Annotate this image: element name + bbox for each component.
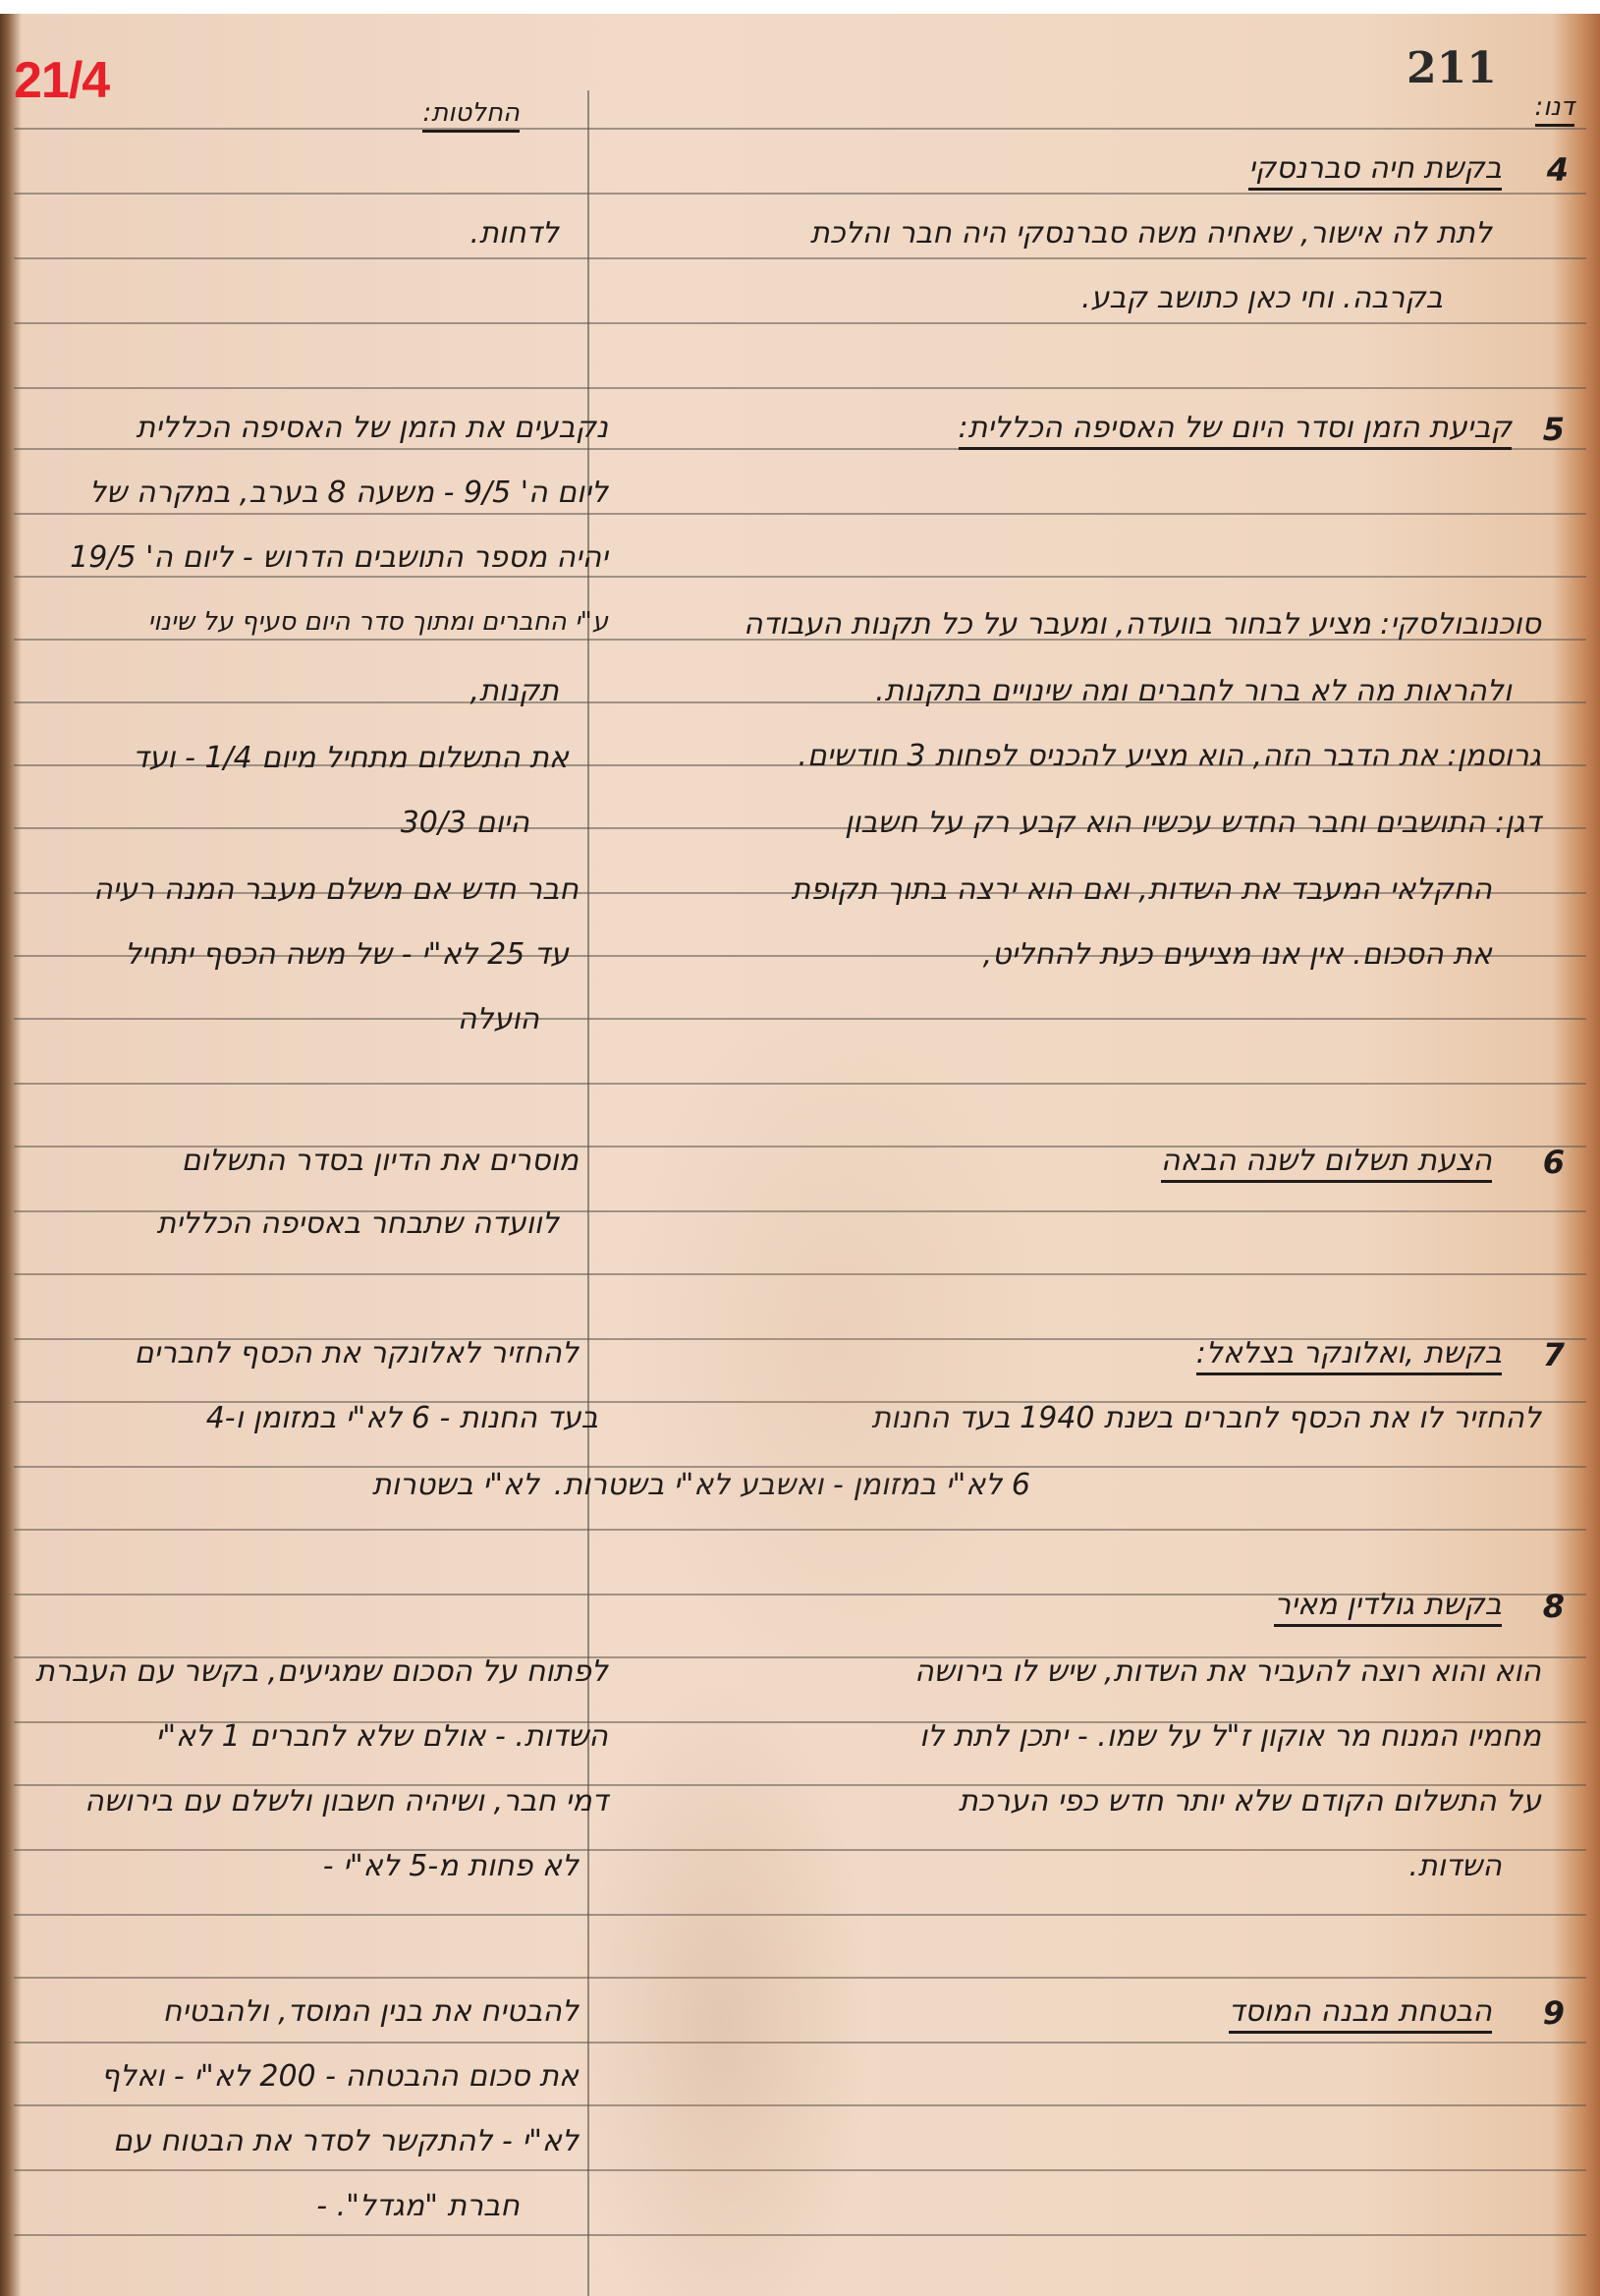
decision-line: ע"י החברים ומתוך סדר היום סעיף על שינוי xyxy=(147,607,608,637)
decision-line: היום 30/3 xyxy=(401,806,529,840)
item-body-line: דגן: התושבים וחבר החדש עכשיו הוא קבע רק … xyxy=(845,806,1541,840)
decision-line: לא פחות מ-5 לא"י - xyxy=(323,1849,579,1883)
item-number: 6 xyxy=(1543,1144,1565,1181)
item-number: 8 xyxy=(1543,1588,1565,1625)
notebook-page: 211 החלטות: דנו: 4 בקשת חיה סברנסקי לתת … xyxy=(0,14,1600,2296)
decision-line: לוועדה שתבחר באסיפה הכללית xyxy=(156,1206,559,1241)
item-body-line: גרוסמן: את הדבר הזה, הוא מציע להכניס לפח… xyxy=(798,739,1541,773)
decision-line: להחזיר לאלונקר את הכסף לחברים xyxy=(135,1336,579,1371)
item-body-line: ולהראות מה לא ברור לחברים ומה שינויים בת… xyxy=(875,674,1512,708)
date-stamp-label: 21/4 xyxy=(14,51,109,110)
ruled-line xyxy=(14,1977,1586,1979)
decision-line: מוסרים את הדיון בסדר התשלום xyxy=(182,1144,579,1178)
ruled-line xyxy=(14,1529,1586,1531)
item-number: 7 xyxy=(1543,1336,1565,1373)
ruled-line xyxy=(14,576,1586,578)
decision-line: את סכום ההבטחה - 200 לא"י - ואלף xyxy=(101,2059,579,2094)
ruled-line xyxy=(14,1083,1586,1085)
item-title: הבטחת מבנה המוסד xyxy=(1229,1994,1492,2034)
ruled-line xyxy=(14,1849,1586,1851)
item-title: בקשת חיה סברנסקי xyxy=(1248,151,1502,191)
decisions-header: החלטות: xyxy=(422,98,520,133)
item-body-line: לתת לה אישור, שאחיה משה סברנסקי היה חבר … xyxy=(810,216,1492,251)
ruled-line xyxy=(14,257,1586,259)
ruled-line xyxy=(14,2104,1586,2106)
decision-line: בעד החנות - 6 לא"י במזומן ו-4 xyxy=(206,1401,598,1435)
item-title: קביעת הזמן וסדר היום של האסיפה הכללית: xyxy=(959,411,1513,450)
ruled-line xyxy=(14,2169,1586,2171)
item-body-line: את הסכום. אין אנו מציעים כעת להחליט, xyxy=(983,937,1492,972)
decision-line: דמי חבר, ושיהיה חשבון ולשלם עם בירושה xyxy=(84,1784,608,1819)
decision-line: תקנות, xyxy=(470,674,559,708)
item-number: 4 xyxy=(1547,151,1569,189)
item-title: בקשת ,ואלונקר בצלאל: xyxy=(1196,1336,1502,1375)
item-number: 5 xyxy=(1543,411,1565,448)
discussed-header: דנו: xyxy=(1535,92,1574,127)
decision-line: לדחות. xyxy=(470,216,559,251)
item-body-line: סוכנובולסקי: מציע לבחור בוועדה, ומעבר על… xyxy=(744,607,1541,642)
ruled-line xyxy=(14,128,1586,130)
ruled-line xyxy=(14,2042,1586,2044)
ruled-line xyxy=(14,1273,1586,1275)
decision-line: יהיה מספר התושבים הדרוש - ליום ה' 19/5 xyxy=(70,540,608,575)
decision-line: עד 25 לא"י - של משה הכסף יתחיל xyxy=(125,937,569,972)
item-body-line: החקלאי המעבד את השדות, ואם הוא ירצה בתוך… xyxy=(792,872,1492,907)
decision-line: הועלה xyxy=(458,1002,539,1036)
ruled-line xyxy=(14,1914,1586,1916)
item-body-line: הוא והוא רוצה להעביר את השדות, שיש לו בי… xyxy=(914,1654,1541,1689)
decision-line: להבטיח את בנין המוסד, ולהבטיח xyxy=(163,1994,579,2029)
item-body-line: השדות. xyxy=(1408,1849,1502,1883)
decision-line: לא"י בשטרות xyxy=(372,1468,539,1502)
ruled-line xyxy=(14,513,1586,515)
decision-line: ליום ה' 9/5 - משעה 8 בערב, במקרה של xyxy=(89,476,608,510)
item-title: הצעת תשלום לשנה הבאה xyxy=(1161,1144,1492,1183)
item-number: 9 xyxy=(1543,1994,1565,2032)
item-body-line: על התשלום הקודם שלא יותר חדש כפי הערכת xyxy=(959,1784,1541,1819)
ruled-line xyxy=(14,322,1586,324)
decision-line: נקבעים את הזמן של האסיפה הכללית xyxy=(137,411,608,445)
decision-line: לא"י - להתקשר לסדר את הבטוח עם xyxy=(113,2124,579,2158)
item-body-line: 6 לא"י במזומן - ואשבע לא"י בשטרות. xyxy=(554,1468,1030,1502)
item-body-line: להחזיר לו את הכסף לחברים בשנת 1940 בעד ה… xyxy=(871,1401,1541,1435)
ruled-line xyxy=(14,1018,1586,1020)
decision-line: חברת "מגדל". - xyxy=(316,2189,520,2223)
item-title: בקשת גולדין מאיר xyxy=(1274,1588,1502,1627)
decision-line: חבר חדש אם משלם מעבר המנה רעיה xyxy=(93,872,579,907)
decision-line: את התשלום מתחיל מיום 1/4 - ועד xyxy=(133,741,569,775)
ruled-line xyxy=(14,193,1586,195)
ruled-line xyxy=(14,387,1586,389)
item-body-line: בקרבה. וחי כאן כתושב קבע. xyxy=(1081,281,1443,315)
decision-line: לפתוח על הסכום שמגיעים, בקשר עם העברת xyxy=(35,1654,608,1689)
ruled-line xyxy=(14,2234,1586,2236)
item-body-line: מחמיו המנוח מר אוקון ז"ל על שמו. - יתכן … xyxy=(919,1719,1541,1754)
decision-line: השדות. - אולם שלא לחברים 1 לא"י xyxy=(155,1719,608,1754)
page-number: 211 xyxy=(1407,43,1497,93)
